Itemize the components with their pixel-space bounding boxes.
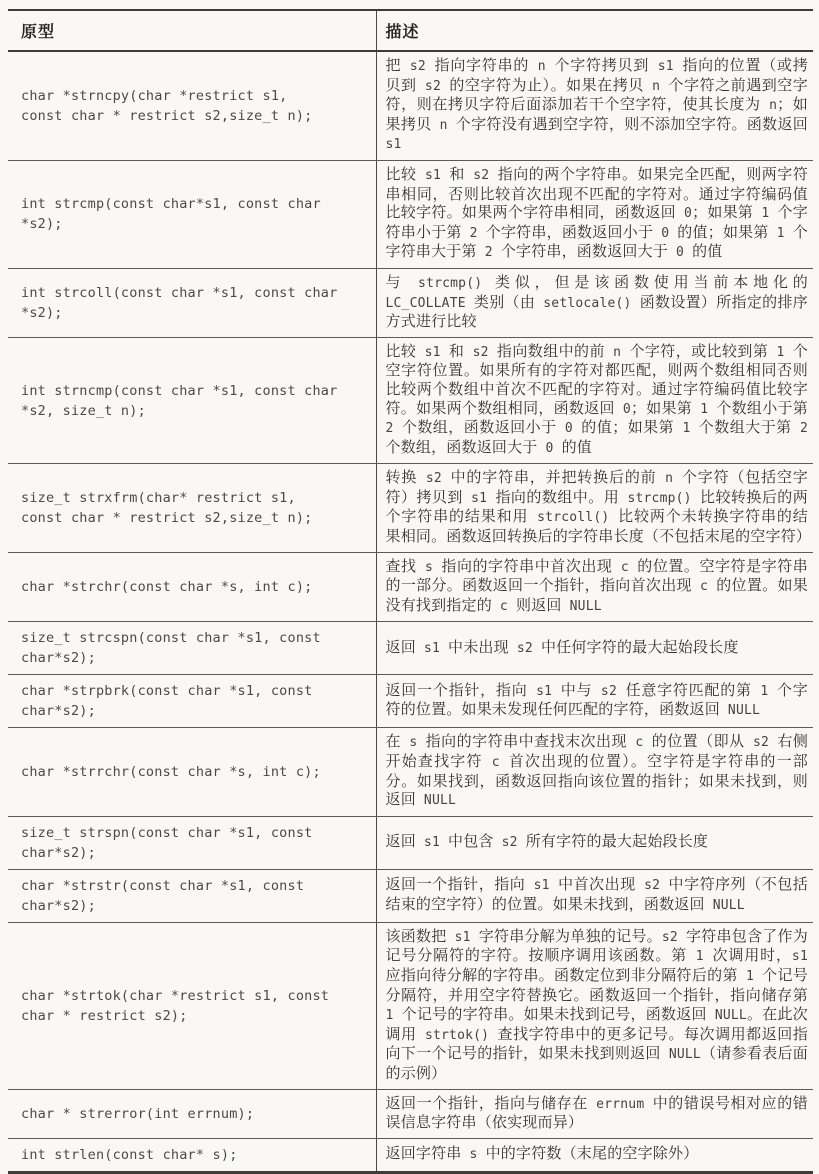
description-header-label: 描述 <box>386 24 420 41</box>
description-cell: 返回字符串 s 中的字符数（末尾的空字除外） <box>376 1138 813 1172</box>
description-text: 返回 s1 中包含 s2 所有字符的最大起始段长度 <box>386 833 809 853</box>
description-text: 比较 s1 和 s2 指向数组中的前 n 个字符，或比较到第 1 个空字符位置。… <box>386 343 809 459</box>
table-row: int strcoll(const char *s1, const char *… <box>8 268 813 337</box>
table-row: int strlen(const char* s); 返回字符串 s 中的字符数… <box>8 1138 813 1172</box>
prototype-cell: char *strstr(const char *s1, const char*… <box>8 869 376 922</box>
prototype-header-label: 原型 <box>21 24 55 41</box>
description-text: 把 s2 指向字符串的 n 个字符拷贝到 s1 指向的位置（或拷贝到 s2 的空… <box>386 57 809 155</box>
prototype-code: size_t strcspn(const char *s1, const cha… <box>21 628 368 668</box>
prototype-code: char *strtok(char *restrict s1, const ch… <box>21 986 368 1026</box>
prototype-cell: int strcoll(const char *s1, const char *… <box>8 268 376 337</box>
description-text: 返回 s1 中未出现 s2 中任何字符的最大起始段长度 <box>386 639 809 659</box>
description-cell: 把 s2 指向字符串的 n 个字符拷贝到 s1 指向的位置（或拷贝到 s2 的空… <box>376 51 813 160</box>
table-row: size_t strcspn(const char *s1, const cha… <box>8 622 813 675</box>
prototype-code: int strncmp(const char *s1, const char *… <box>21 381 368 421</box>
table-row: size_t strxfrm(char* restrict s1, const … <box>8 464 813 552</box>
prototype-code: char *strncpy(char *restrict s1, const c… <box>21 86 368 126</box>
prototype-cell: int strlen(const char* s); <box>8 1138 376 1172</box>
table-header-row: 原型 描述 <box>8 10 813 51</box>
prototype-cell: int strcmp(const char*s1, const char *s2… <box>8 160 376 268</box>
prototype-code: char * strerror(int errnum); <box>21 1104 368 1124</box>
prototype-code: char *strchr(const char *s, int c); <box>21 577 368 597</box>
table-row: int strcmp(const char*s1, const char *s2… <box>8 160 813 268</box>
prototype-cell: char *strncpy(char *restrict s1, const c… <box>8 51 376 160</box>
description-text: 转换 s2 中的字符串，并把转换后的前 n 个字符（包括空字符）拷贝到 s1 指… <box>386 469 809 546</box>
description-text: 在 s 指向的字符串中查找末次出现 c 的位置（即从 s2 右侧开始查找字符 c… <box>386 733 809 810</box>
prototype-cell: char * strerror(int errnum); <box>8 1089 376 1138</box>
description-header-cell: 描述 <box>376 10 813 51</box>
table-row: char *strrchr(const char *s, int c); 在 s… <box>8 728 813 816</box>
description-cell: 与 strcmp() 类似，但是该函数使用当前本地化的 LC_COLLATE 类… <box>376 268 813 337</box>
table-row: char *strstr(const char *s1, const char*… <box>8 869 813 922</box>
table-row: char *strpbrk(const char *s1, const char… <box>8 675 813 728</box>
prototype-cell: char *strchr(const char *s, int c); <box>8 552 376 622</box>
description-cell: 返回 s1 中未出现 s2 中任何字符的最大起始段长度 <box>376 622 813 675</box>
description-cell: 转换 s2 中的字符串，并把转换后的前 n 个字符（包括空字符）拷贝到 s1 指… <box>376 464 813 552</box>
prototype-cell: char *strtok(char *restrict s1, const ch… <box>8 922 376 1089</box>
book-page: 原型 描述 char *strncpy(char *restrict s1, c… <box>0 0 819 1174</box>
description-text: 返回一个指针，指向与储存在 errnum 中的错误号相对应的错误信息字符串（依实… <box>386 1095 809 1133</box>
prototype-header-cell: 原型 <box>8 10 376 51</box>
description-text: 查找 s 指向的字符串中首次出现 c 的位置。空字符是字符串的一部分。函数返回一… <box>386 558 809 617</box>
prototype-code: char *strpbrk(const char *s1, const char… <box>21 681 368 721</box>
prototype-code: int strcmp(const char*s1, const char *s2… <box>21 194 368 234</box>
prototype-code: int strcoll(const char *s1, const char *… <box>21 283 368 323</box>
prototype-code: size_t strspn(const char *s1, const char… <box>21 823 368 863</box>
prototype-cell: char *strrchr(const char *s, int c); <box>8 728 376 816</box>
description-cell: 返回 s1 中包含 s2 所有字符的最大起始段长度 <box>376 816 813 869</box>
description-text: 该函数把 s1 字符串分解为单独的记号。s2 字符串包含了作为记号分隔符的字符。… <box>386 928 809 1084</box>
table-row: char * strerror(int errnum); 返回一个指针，指向与储… <box>8 1089 813 1138</box>
description-cell: 返回一个指针，指向 s1 中与 s2 任意字符匹配的第 1 个字符的位置。如果未… <box>376 675 813 728</box>
prototype-cell: char *strpbrk(const char *s1, const char… <box>8 675 376 728</box>
description-cell: 查找 s 指向的字符串中首次出现 c 的位置。空字符是字符串的一部分。函数返回一… <box>376 552 813 622</box>
prototype-code: char *strrchr(const char *s, int c); <box>21 762 368 782</box>
prototype-code: int strlen(const char* s); <box>21 1145 368 1165</box>
description-text: 返回一个指针，指向 s1 中首次出现 s2 中字符序列（不包括结束的空字符）的位… <box>386 876 809 915</box>
prototype-code: size_t strxfrm(char* restrict s1, const … <box>21 488 368 528</box>
description-cell: 该函数把 s1 字符串分解为单独的记号。s2 字符串包含了作为记号分隔符的字符。… <box>376 922 813 1089</box>
description-cell: 返回一个指针，指向与储存在 errnum 中的错误号相对应的错误信息字符串（依实… <box>376 1089 813 1138</box>
prototype-code: char *strstr(const char *s1, const char*… <box>21 876 368 916</box>
description-text: 与 strcmp() 类似，但是该函数使用当前本地化的 LC_COLLATE 类… <box>386 274 809 332</box>
description-cell: 比较 s1 和 s2 指向数组中的前 n 个字符，或比较到第 1 个空字符位置。… <box>376 337 813 464</box>
string-functions-table: 原型 描述 char *strncpy(char *restrict s1, c… <box>8 9 813 1174</box>
description-text: 返回字符串 s 中的字符数（末尾的空字除外） <box>386 1145 809 1165</box>
prototype-cell: int strncmp(const char *s1, const char *… <box>8 337 376 464</box>
table-row: char *strncpy(char *restrict s1, const c… <box>8 51 813 160</box>
table-row: char *strchr(const char *s, int c); 查找 s… <box>8 552 813 622</box>
table-row: int strncmp(const char *s1, const char *… <box>8 337 813 464</box>
description-text: 返回一个指针，指向 s1 中与 s2 任意字符匹配的第 1 个字符的位置。如果未… <box>386 682 809 721</box>
description-cell: 比较 s1 和 s2 指向的两个字符串。如果完全匹配，则两字符串相同，否则比较首… <box>376 160 813 268</box>
prototype-cell: size_t strxfrm(char* restrict s1, const … <box>8 464 376 552</box>
description-text: 比较 s1 和 s2 指向的两个字符串。如果完全匹配，则两字符串相同，否则比较首… <box>386 166 809 263</box>
prototype-cell: size_t strcspn(const char *s1, const cha… <box>8 622 376 675</box>
table-row: char *strtok(char *restrict s1, const ch… <box>8 922 813 1089</box>
prototype-cell: size_t strspn(const char *s1, const char… <box>8 816 376 869</box>
table-row: size_t strspn(const char *s1, const char… <box>8 816 813 869</box>
description-cell: 在 s 指向的字符串中查找末次出现 c 的位置（即从 s2 右侧开始查找字符 c… <box>376 728 813 816</box>
description-cell: 返回一个指针，指向 s1 中首次出现 s2 中字符序列（不包括结束的空字符）的位… <box>376 869 813 922</box>
